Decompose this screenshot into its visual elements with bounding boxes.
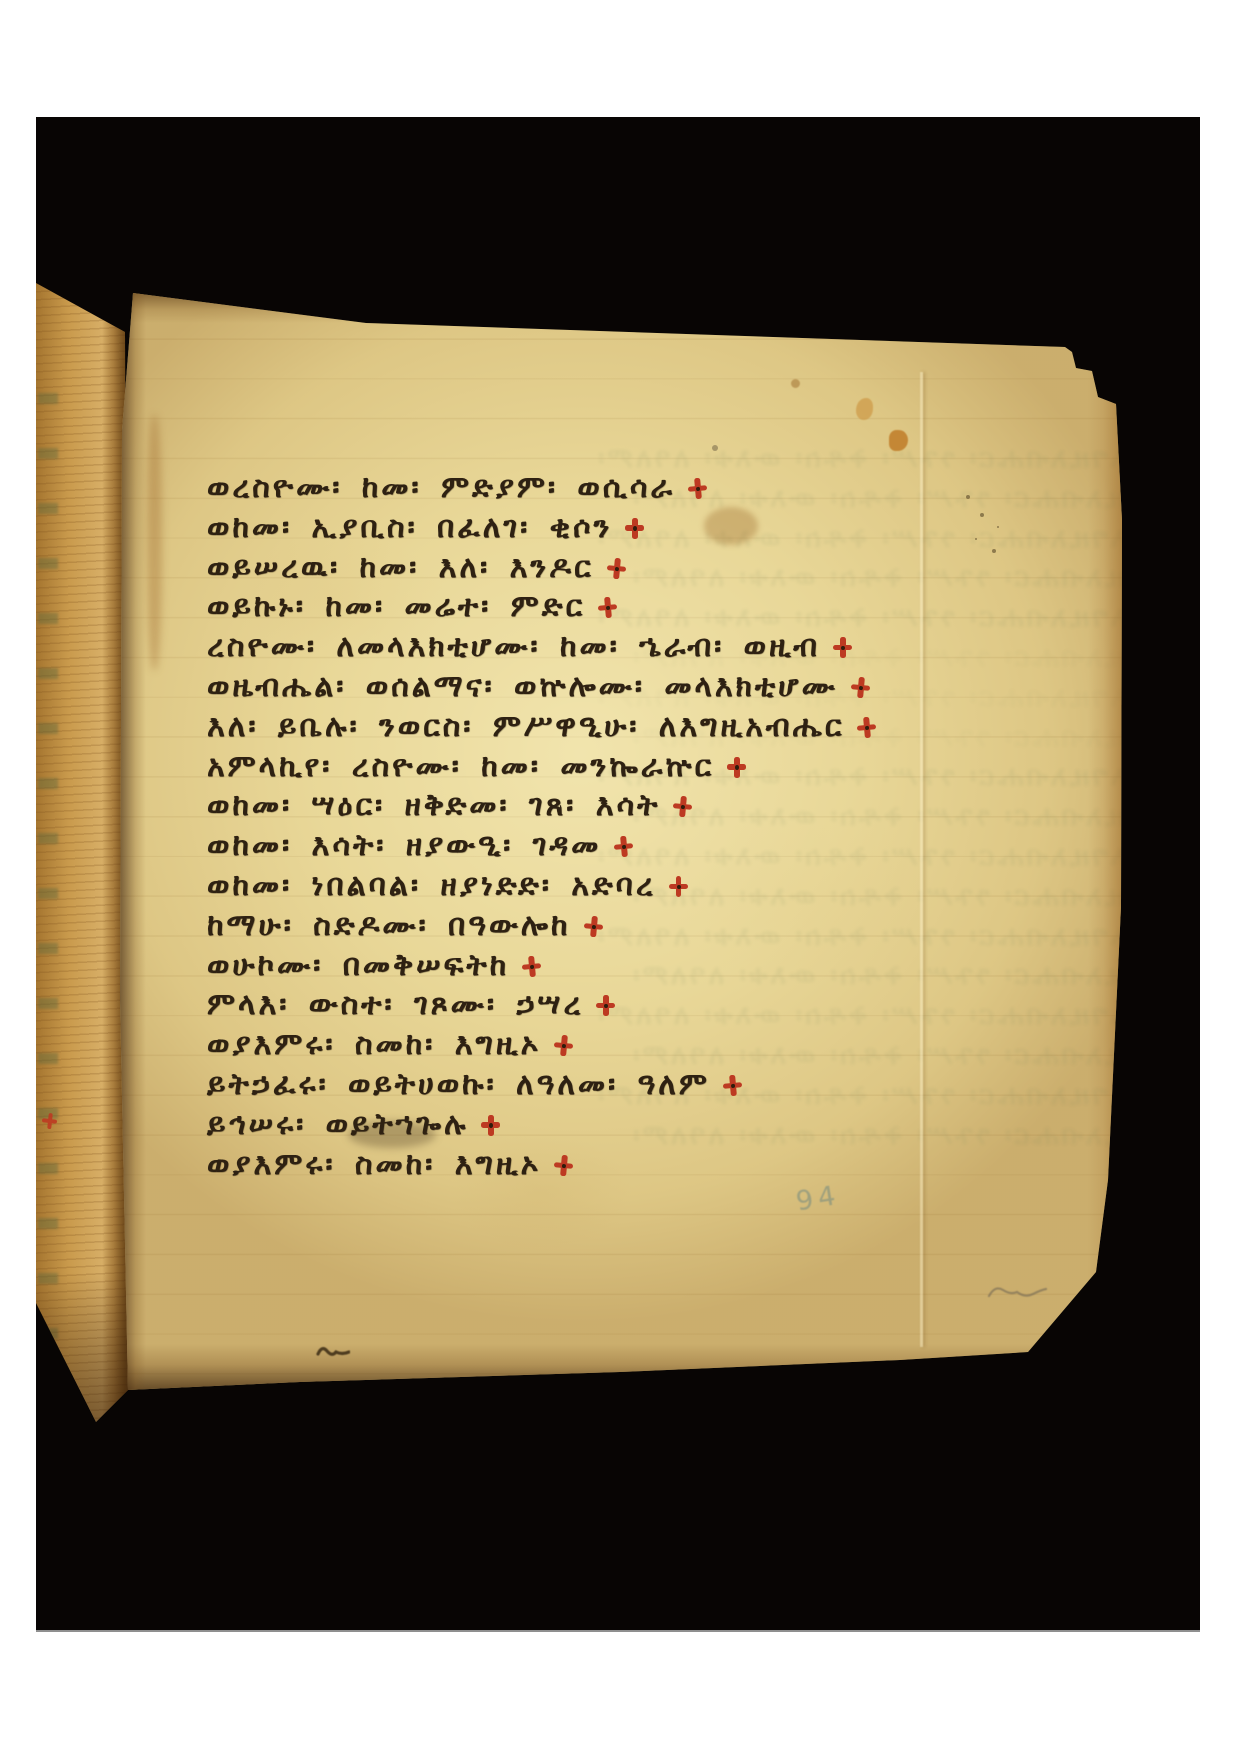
cross-center-dot [530,964,534,969]
red-cross-mark [850,676,871,699]
line-text: ምላእ፡ ውስተ፡ ገጾሙ፡ ኃሣረ [207,987,583,1022]
text-line: ወያእምሩ፡ ስመከ፡ እግዚኦ [207,1147,573,1185]
cross-center-dot [677,885,681,890]
cross-center-dot [604,1004,608,1009]
line-text: ወከመ፡ ሣዕር፡ ዘቅድመ፡ ገጸ፡ እሳት [207,788,660,823]
cross-center-dot [681,805,685,810]
line-text: ወከመ፡ ኢያቢስ፡ በፈለገ፡ ቂሶን [207,510,612,545]
red-cross-mark [597,597,618,620]
red-cross-mark [613,835,634,858]
red-cross-mark [857,716,878,739]
text-line: ይኅሠሩ፡ ወይትኀጐሉ [207,1107,500,1145]
text-line: አምላኪየ፡ ረስዮሙ፡ ከመ፡ መንኰራኵር [207,749,746,787]
text-line: እለ፡ ይቤሉ፡ ንወርስ፡ ምሥዋዒሁ፡ ለእግዚአብሔር [207,709,876,747]
line-text: ወዜብሔል፡ ወሰልማና፡ ወኵሎሙ፡ መላእክቲሆሙ [207,669,838,704]
text-line: ይትኃፈሩ፡ ወይትሀወኩ፡ ለዓለመ፡ ዓለም [207,1067,742,1105]
text-line: ወያእምሩ፡ ስመከ፡ እግዚኦ [207,1027,573,1065]
text-line: ወዜብሔል፡ ወሰልማና፡ ወኵሎሙ፡ መላእክቲሆሙ [207,669,870,707]
cross-center-dot [614,566,618,571]
text-line: ወከመ፡ ነበልባል፡ ዘያነድድ፡ አድባረ [207,868,688,906]
text-line: ወይሠረዉ፡ ከመ፡ እለ፡ እንዶር [207,550,626,588]
cross-center-dot [731,1083,735,1088]
text-line: ወሁኮሙ፡ በመቅሠፍትከ [207,948,541,986]
line-text: ረስዮሙ፡ ለመላእክቲሆሙ፡ ከመ፡ ኄራብ፡ ወዚብ [207,629,820,664]
cross-center-dot [489,1123,493,1128]
text-line: ወይኩኑ፡ ከመ፡ መሬተ፡ ምድር [207,589,617,627]
red-cross-mark [521,955,542,978]
line-text: ከማሁ፡ ስድዶሙ፡ በዓውሎከ [207,908,571,943]
line-text: ይኅሠሩ፡ ወይትኀጐሉ [207,1107,468,1142]
line-text: አምላኪየ፡ ረስዮሙ፡ ከመ፡ መንኰራኵር [207,749,714,784]
red-cross-mark [727,757,746,778]
line-text: ወከመ፡ ነበልባል፡ ዘያነድድ፡ አድባረ [207,868,656,903]
red-cross-mark [673,796,694,819]
line-text: ወሁኮሙ፡ በመቅሠፍትከ [207,948,509,983]
line-text: ወያእምሩ፡ ስመከ፡ እግዚኦ [207,1027,541,1062]
cross-center-dot [841,646,845,651]
cross-center-dot [622,844,626,849]
cross-center-dot [562,1044,566,1049]
cross-center-dot [696,486,700,491]
line-text: ወረስዮሙ፡ ከመ፡ ምድያም፡ ወሲሳራ [207,470,675,505]
text-line: ምላእ፡ ውስተ፡ ገጾሙ፡ ኃሣረ [207,987,615,1025]
text-line: ወከመ፡ እሳት፡ ዘያውዒ፡ ገዳመ [207,828,633,866]
text-line: ከማሁ፡ ስድዶሙ፡ በዓውሎከ [207,908,603,946]
cross-center-dot [735,765,739,770]
line-text: ወይሠረዉ፡ ከመ፡ እለ፡ እንዶር [207,550,594,585]
manuscript-photo: ወእግዚአብሔር፡ ንጉሥ፡ ቅዱስ፡ ውእቱ፡ ለዓለም፡ ወትረ፡ ስብሐት… [36,117,1200,1632]
cross-center-dot [865,725,869,730]
red-cross-mark [687,477,708,500]
cross-center-dot [591,924,595,929]
scanned-manuscript-page: ወእግዚአብሔር፡ ንጉሥ፡ ቅዱስ፡ ውእቱ፡ ለዓለም፡ ወትረ፡ ስብሐት… [0,0,1238,1753]
cross-center-dot [606,606,610,611]
cross-center-dot [633,526,637,531]
line-text: እለ፡ ይቤሉ፡ ንወርስ፡ ምሥዋዒሁ፡ ለእግዚአብሔር [207,709,844,744]
text-line: ወከመ፡ ሣዕር፡ ዘቅድመ፡ ገጸ፡ እሳት [207,788,692,826]
line-text: ይትኃፈሩ፡ ወይትሀወኩ፡ ለዓለመ፡ ዓለም [207,1067,710,1102]
text-line: ወከመ፡ ኢያቢስ፡ በፈለገ፡ ቂሶን [207,510,644,548]
manuscript-text-block: ወረስዮሙ፡ ከመ፡ ምድያም፡ ወሲሳራወከመ፡ ኢያቢስ፡ በፈለገ፡ ቂሶ… [36,117,1200,1630]
line-text: ወከመ፡ እሳት፡ ዘያውዒ፡ ገዳመ [207,828,601,863]
red-cross-mark [553,1034,574,1057]
red-cross-mark [833,637,852,658]
red-cross-mark [625,518,644,539]
cross-center-dot [562,1163,566,1168]
red-cross-mark [669,876,688,897]
red-cross-mark [596,995,615,1016]
line-text: ወይኩኑ፡ ከመ፡ መሬተ፡ ምድር [207,589,585,624]
text-line: ረስዮሙ፡ ለመላእክቲሆሙ፡ ከመ፡ ኄራብ፡ ወዚብ [207,629,852,667]
red-cross-mark [606,557,627,580]
line-text: ወያእምሩ፡ ስመከ፡ እግዚኦ [207,1147,541,1182]
red-cross-mark [481,1115,500,1136]
cross-center-dot [859,685,863,690]
red-cross-mark [722,1074,743,1097]
red-cross-mark [553,1154,574,1177]
text-line: ወረስዮሙ፡ ከመ፡ ምድያም፡ ወሲሳራ [207,470,707,508]
red-cross-mark [583,915,604,938]
